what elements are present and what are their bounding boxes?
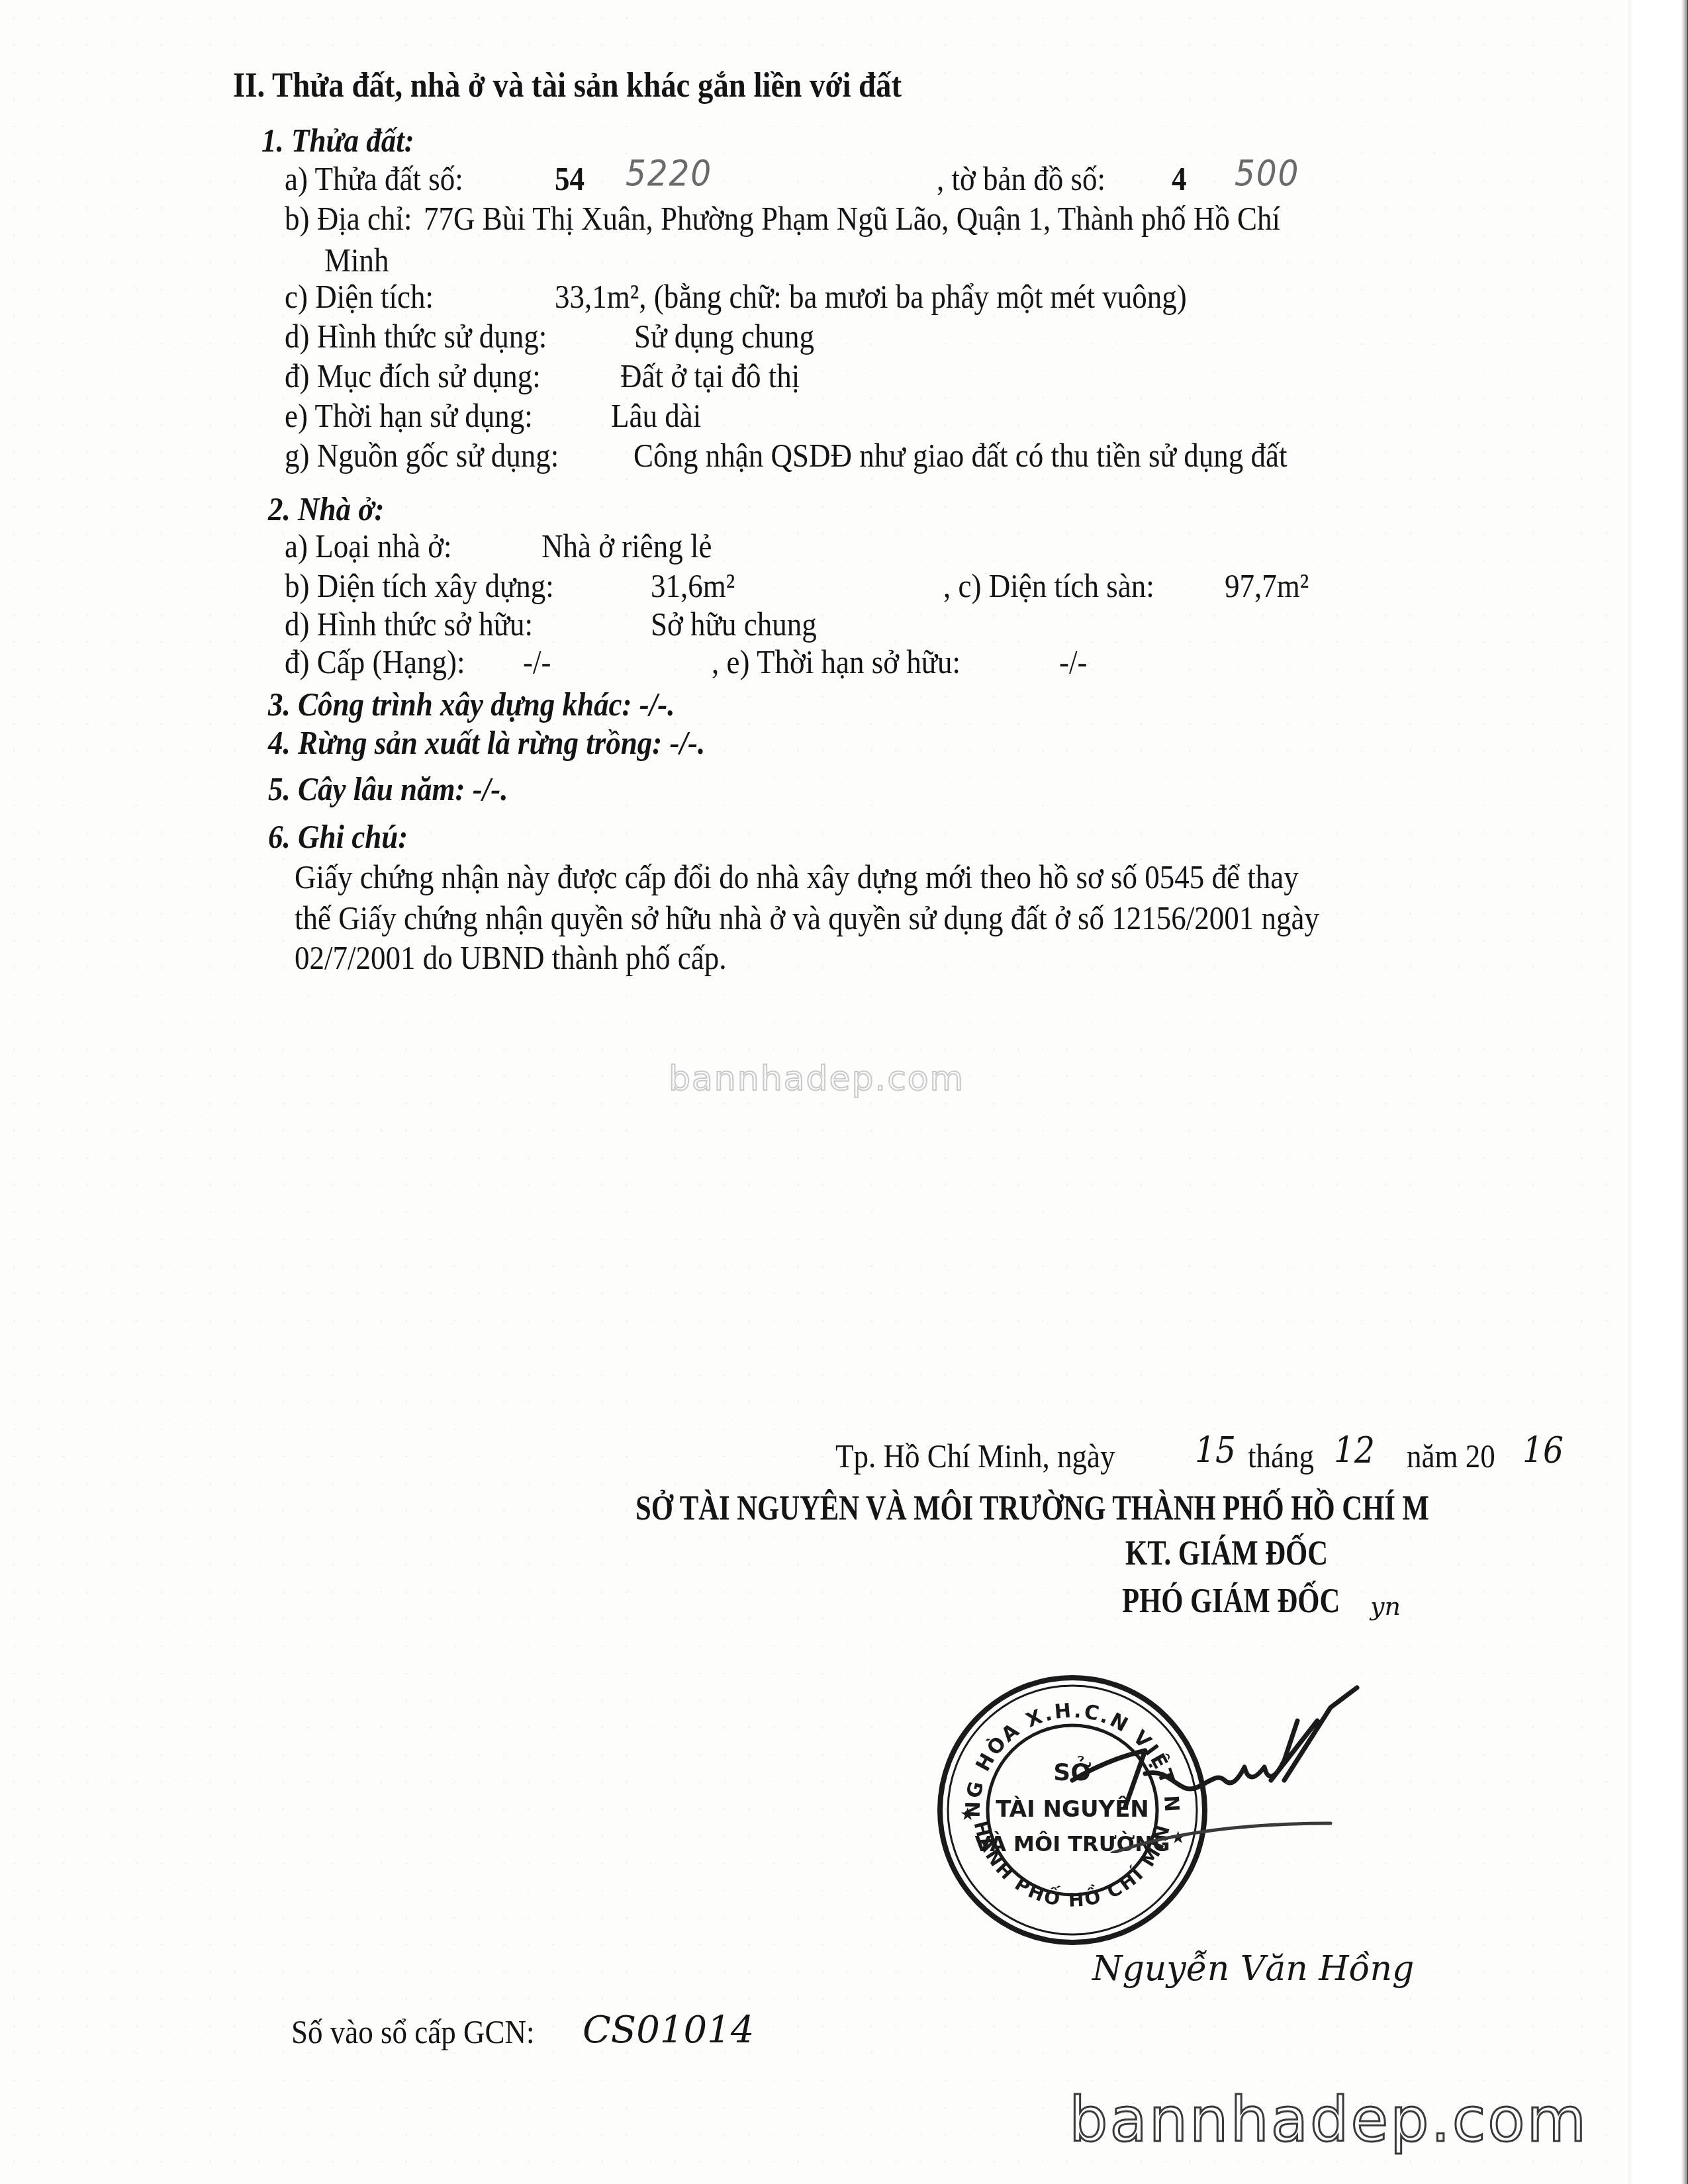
date-year-label: năm 20 xyxy=(1407,1439,1495,1473)
notes-line-2: thế Giấy chứng nhận quyền sở hữu nhà ở v… xyxy=(295,901,1319,934)
house-grade-value: -/- xyxy=(523,645,551,678)
land-purpose-value: Đất ở tại đô thị xyxy=(620,359,800,392)
watermark-faint: bannhadep.com xyxy=(669,1059,964,1099)
land-parcel-label: a) Thửa đất số: xyxy=(285,162,463,195)
date-place-label: Tp. Hồ Chí Minh, ngày xyxy=(835,1439,1115,1473)
initials-mark: yn xyxy=(1370,1592,1401,1621)
house-building-area-label: b) Diện tích xây dựng: xyxy=(285,569,554,602)
handwritten-signature-icon xyxy=(1046,1681,1390,1853)
house-floor-area-label: , c) Diện tích sàn: xyxy=(943,569,1154,602)
land-map-label: , tờ bản đồ số: xyxy=(937,162,1105,195)
notes-heading: 6. Ghi chú: xyxy=(268,817,408,856)
land-area-label: c) Diện tích: xyxy=(285,280,434,313)
registry-number: CS01014 xyxy=(583,2009,754,2052)
house-floor-area-value: 97,7m² xyxy=(1225,569,1309,602)
house-heading: 2. Nhà ở: xyxy=(268,490,384,528)
svg-text:★: ★ xyxy=(960,1805,975,1825)
land-heading: 1. Thửa đất: xyxy=(261,121,414,159)
signer-role-1: KT. GIÁM ĐỐC xyxy=(1125,1534,1328,1573)
perennial-trees: 5. Cây lâu năm: -/-. xyxy=(268,770,508,808)
notes-line-3: 02/7/2001 do UBND thành phố cấp. xyxy=(295,941,726,974)
house-type-label: a) Loại nhà ở: xyxy=(285,529,451,563)
notes-line-1: Giấy chứng nhận này được cấp đổi do nhà … xyxy=(295,860,1299,893)
land-parcel-number: 54 xyxy=(555,162,585,195)
land-address-value-cont: Minh xyxy=(324,244,389,277)
signer-role-2: PHÓ GIÁM ĐỐC xyxy=(1122,1582,1340,1621)
registry-label: Số vào sổ cấp GCN: xyxy=(291,2015,534,2048)
other-construction: 3. Công trình xây dựng khác: -/-. xyxy=(268,685,675,723)
house-building-area-value: 31,6m² xyxy=(651,569,735,602)
land-area-value: 33,1m², (bằng chữ: ba mươi ba phẩy một m… xyxy=(555,280,1187,313)
land-map-handwritten: 500 xyxy=(1235,156,1299,191)
land-purpose-label: đ) Mục đích sử dụng: xyxy=(285,359,541,392)
house-ownership-form-label: d) Hình thức sở hữu: xyxy=(285,608,533,641)
land-usage-form-label: d) Hình thức sử dụng: xyxy=(285,320,547,353)
land-address-value: 77G Bùi Thị Xuân, Phường Phạm Ngũ Lão, Q… xyxy=(424,202,1280,235)
date-day: 15 xyxy=(1195,1433,1236,1469)
land-term-label: e) Thời hạn sử dụng: xyxy=(285,399,533,432)
date-month-label: tháng xyxy=(1248,1439,1314,1473)
house-grade-label: đ) Cấp (Hạng): xyxy=(285,645,465,678)
section-title: II. Thửa đất, nhà ở và tài sản khác gắn … xyxy=(233,66,902,105)
land-term-value: Lâu dài xyxy=(611,399,701,432)
house-ownership-form-value: Sở hữu chung xyxy=(651,608,817,641)
date-year-handwritten: 16 xyxy=(1523,1433,1564,1469)
land-parcel-handwritten: 5220 xyxy=(626,156,712,191)
house-ownership-term-value: -/- xyxy=(1059,645,1087,678)
date-month: 12 xyxy=(1334,1433,1375,1469)
land-origin-value: Công nhận QSDĐ như giao đất có thu tiền … xyxy=(633,439,1287,472)
agency-name: SỞ TÀI NGUYÊN VÀ MÔI TRƯỜNG THÀNH PHỐ HỒ… xyxy=(635,1489,1429,1528)
watermark-bottom: bannhadep.com xyxy=(1069,2085,1588,2156)
land-origin-label: g) Nguồn gốc sử dụng: xyxy=(285,439,559,472)
land-usage-form-value: Sử dụng chung xyxy=(634,320,814,353)
production-forest: 4. Rừng sản xuất là rừng trồng: -/-. xyxy=(268,723,705,762)
land-map-number: 4 xyxy=(1172,162,1187,195)
land-address-label: b) Địa chỉ: xyxy=(285,202,412,235)
signer-name: Nguyễn Văn Hồng xyxy=(1092,1949,1414,1989)
scan-edge xyxy=(1628,0,1688,2184)
house-type-value: Nhà ở riêng lẻ xyxy=(541,529,712,563)
house-ownership-term-label: , e) Thời hạn sở hữu: xyxy=(712,645,961,678)
